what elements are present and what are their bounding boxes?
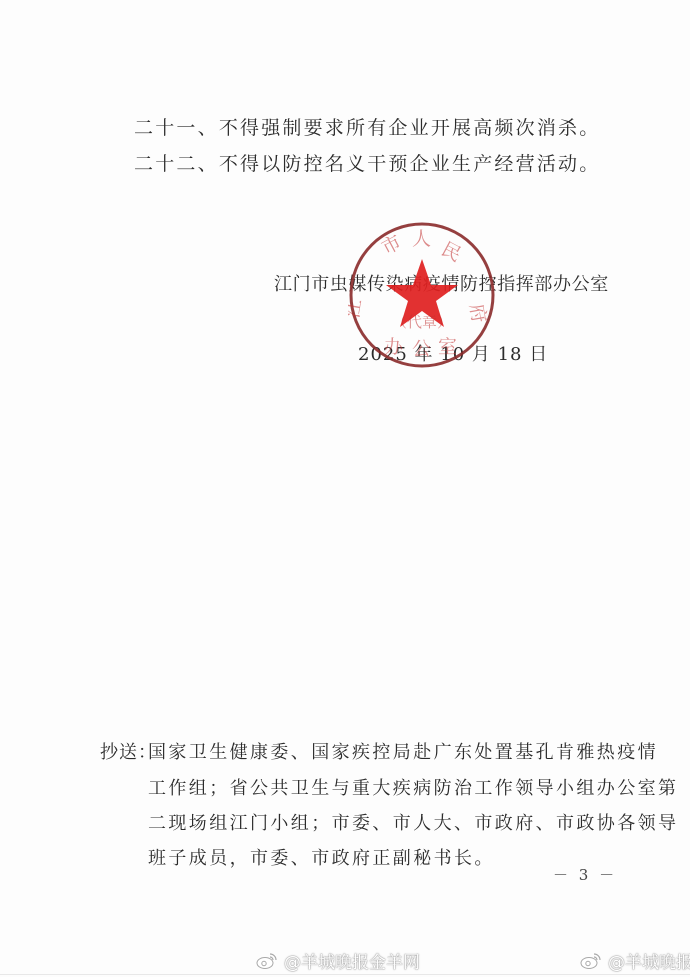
bottom-divider — [0, 974, 690, 975]
document-page: 二十一、不得强制要求所有企业开展高频次消杀。 二十二、不得以防控名义干预企业生产… — [0, 0, 690, 977]
cc-line: 班子成员，市委、市政府正副秘书长。 — [148, 844, 495, 870]
weibo-icon — [580, 952, 602, 970]
cc-line: 国家卫生健康委、国家疾控局赴广东处置基孔肯雅热疫情 — [148, 738, 658, 764]
svg-text:府: 府 — [465, 302, 490, 325]
weibo-icon — [256, 952, 278, 970]
watermark-ycwb: @羊城晚报 — [580, 948, 690, 973]
watermark-text: @羊城晚报 — [608, 948, 690, 973]
clause-21: 二十一、不得强制要求所有企业开展高频次消杀。 — [134, 113, 600, 140]
clause-22: 二十二、不得以防控名义干预企业生产经营活动。 — [134, 149, 600, 176]
svg-text:人: 人 — [412, 228, 431, 250]
watermark-text: @羊城晚报金羊网 — [284, 948, 420, 973]
svg-text:（代章）: （代章） — [392, 313, 452, 331]
svg-text:民: 民 — [438, 238, 465, 266]
svg-text:江: 江 — [348, 297, 366, 320]
clause-number: 二十二、 — [134, 153, 219, 175]
issuing-office: 江门市虫媒传染病疫情防控指挥部办公室 — [274, 270, 609, 296]
watermark-ycwb-jinyang: @羊城晚报金羊网 — [256, 948, 420, 973]
page-number: － 3 － — [553, 864, 617, 885]
clause-text: 不得强制要求所有企业开展高频次消杀。 — [219, 117, 601, 139]
issue-date: 2025 年 10 月 18 日 — [358, 340, 548, 366]
cc-line: 工作组；省公共卫生与重大疾病防治工作领导小组办公室第 — [148, 774, 678, 800]
svg-text:市: 市 — [378, 231, 405, 259]
clause-number: 二十一、 — [134, 117, 219, 139]
cc-line: 二现场组江门小组；市委、市人大、市政府、市政协各领导 — [148, 809, 678, 835]
clause-text: 不得以防控名义干预企业生产经营活动。 — [219, 153, 601, 175]
